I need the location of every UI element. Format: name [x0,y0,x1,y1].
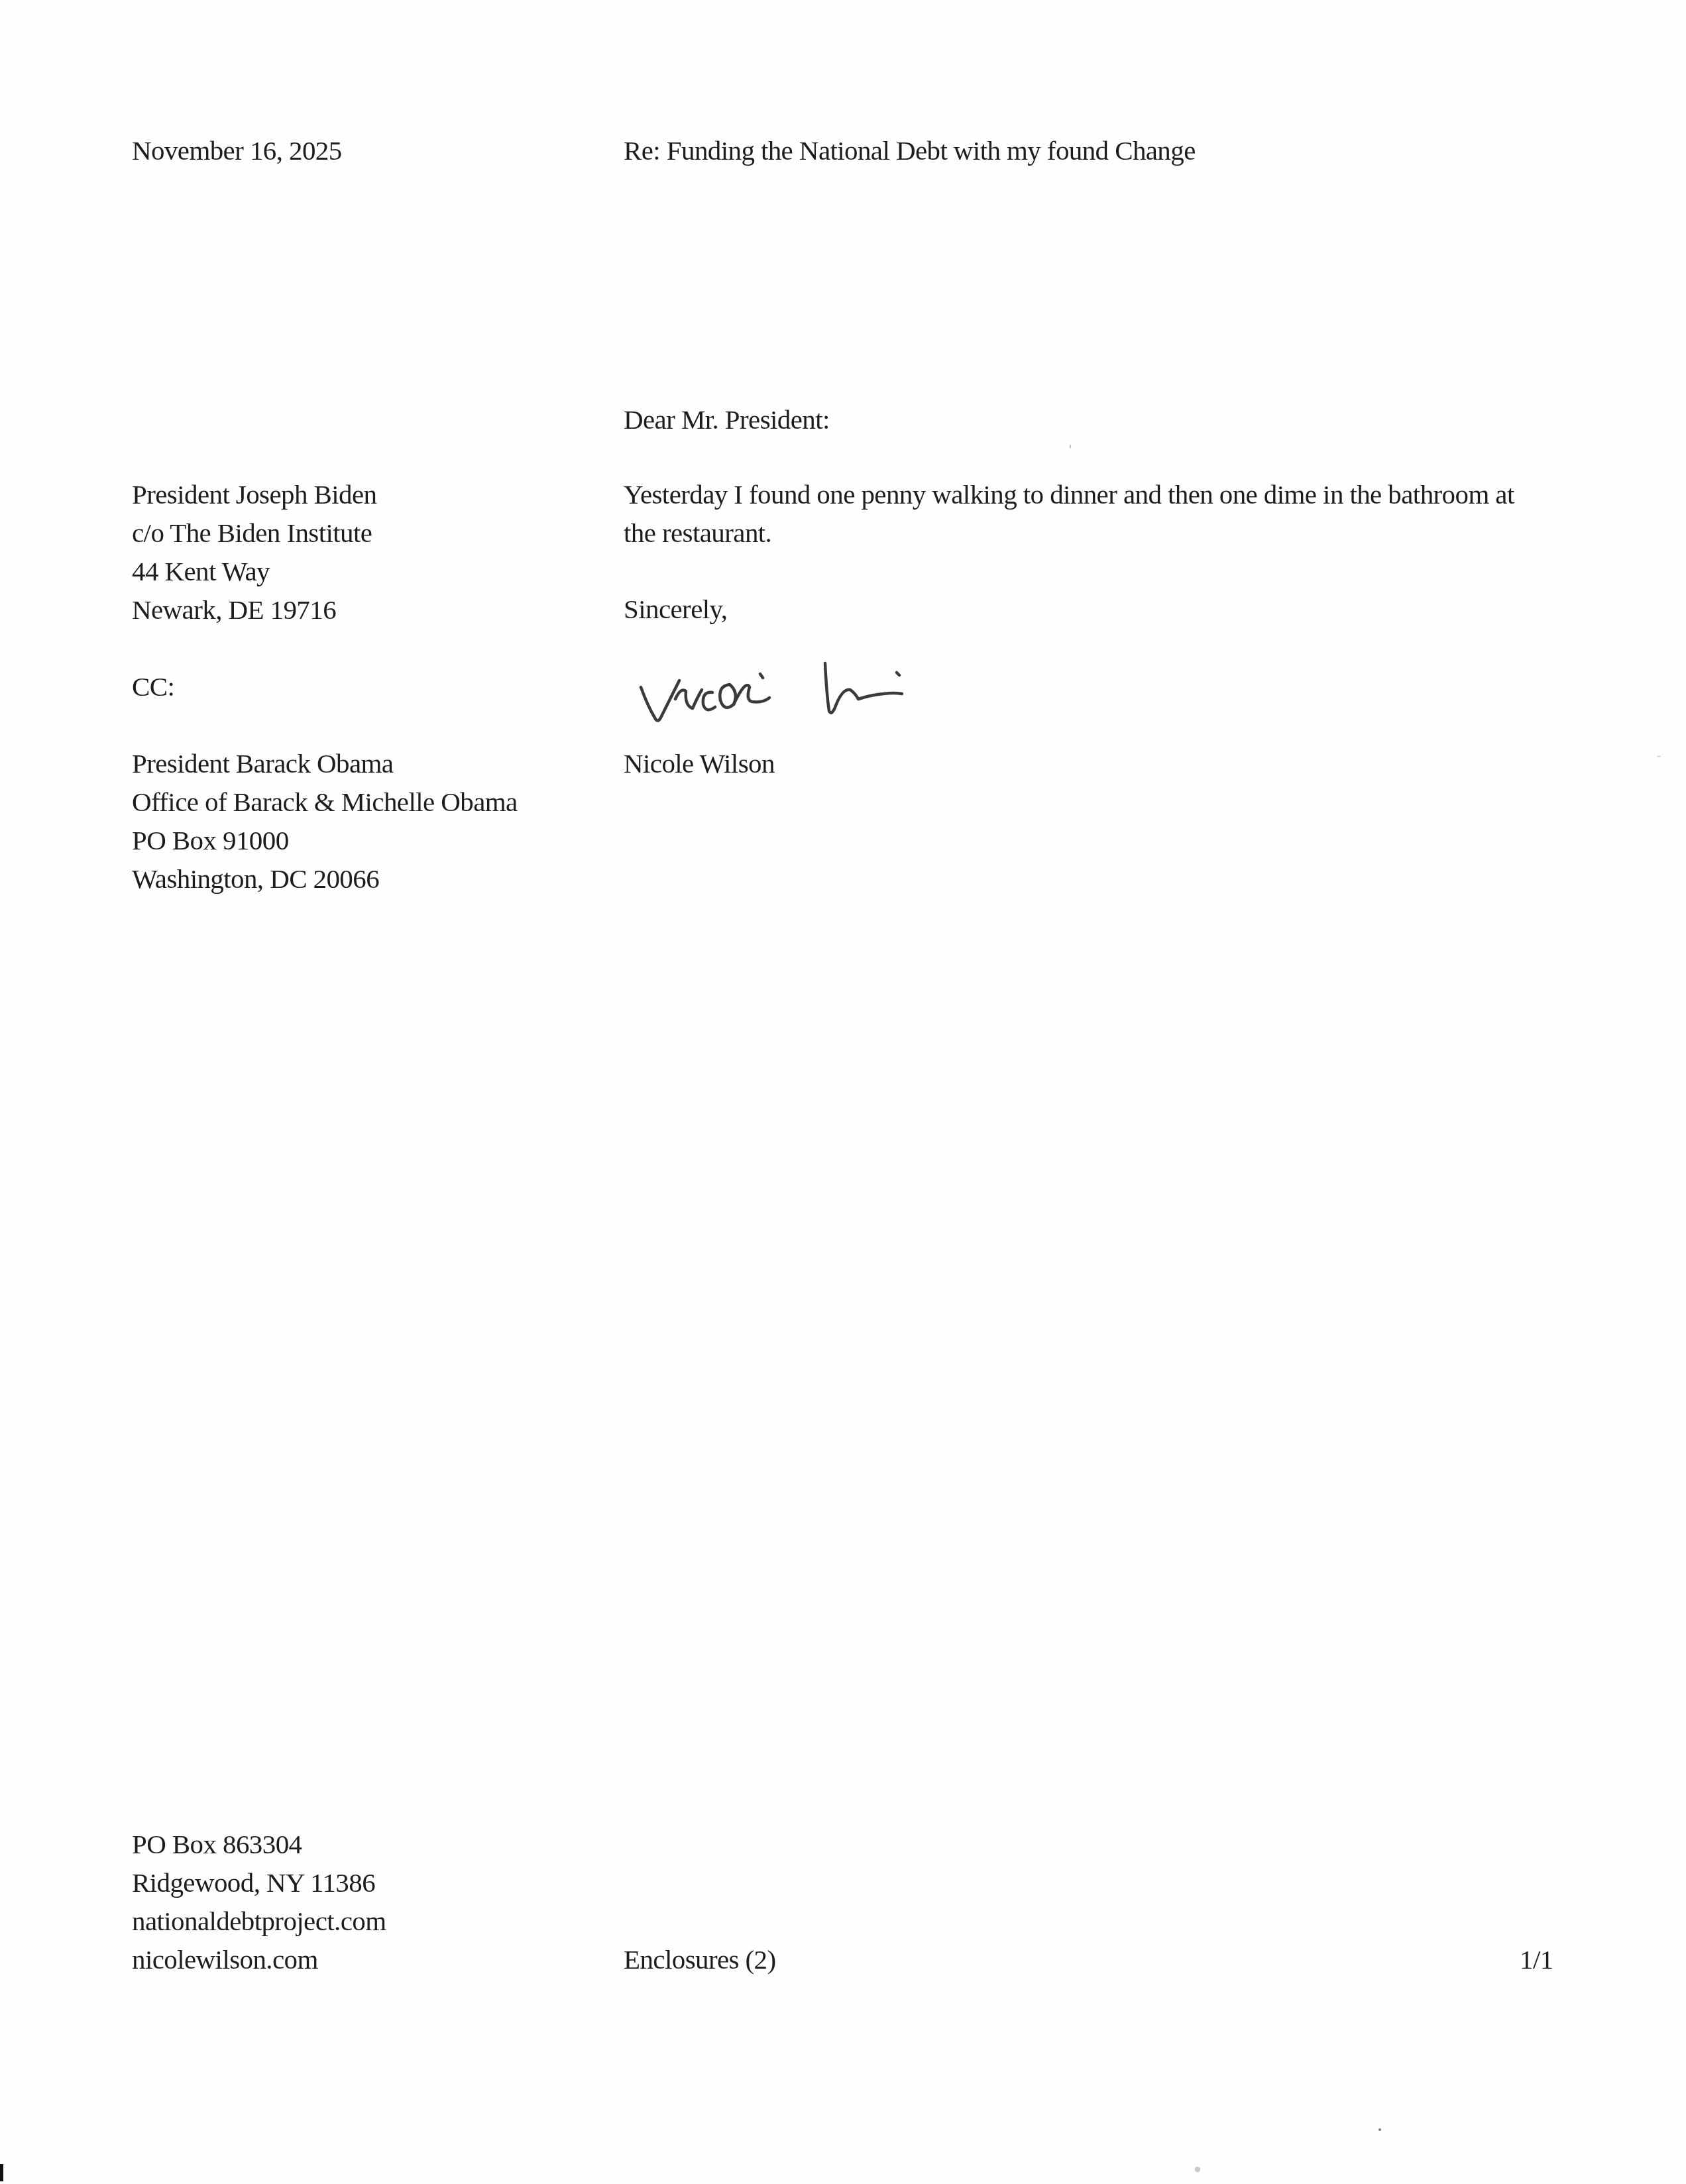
sender-website: nationaldebtproject.com [132,1902,386,1940]
recipient-line: 44 Kent Way [132,552,376,590]
sender-line: Ridgewood, NY 11386 [132,1863,386,1902]
letter-body: Yesterday I found one penny walking to d… [624,475,1545,552]
sender-website: nicolewilson.com [132,1940,386,1979]
scan-speck [1657,755,1661,757]
letter-date: November 16, 2025 [132,131,342,170]
page-number: 1/1 [1520,1940,1553,1979]
enclosures-note: Enclosures (2) [624,1940,776,1979]
cc-line: PO Box 91000 [132,821,518,859]
salutation: Dear Mr. President: [624,400,830,439]
sender-address: PO Box 863304 Ridgewood, NY 11386 nation… [132,1825,386,1979]
cc-line: President Barack Obama [132,744,518,783]
scan-edge-mark [0,2164,3,2181]
cc-label: CC: [132,667,174,706]
handwritten-signature-icon [633,653,951,739]
signer-name: Nicole Wilson [624,744,775,783]
letter-page: November 16, 2025 Re: Funding the Nation… [0,0,1686,2184]
cc-address: President Barack Obama Office of Barack … [132,744,518,898]
recipient-line: Newark, DE 19716 [132,590,376,629]
cc-line: Office of Barack & Michelle Obama [132,783,518,821]
recipient-address: President Joseph Biden c/o The Biden Ins… [132,475,376,629]
cc-line: Washington, DC 20066 [132,859,518,898]
scan-speck [1070,445,1071,449]
scan-speck [1195,2167,1200,2172]
scan-speck [1378,2128,1381,2131]
closing: Sincerely, [624,590,727,628]
letter-subject: Re: Funding the National Debt with my fo… [624,131,1196,170]
recipient-line: President Joseph Biden [132,475,376,514]
sender-line: PO Box 863304 [132,1825,386,1863]
recipient-line: c/o The Biden Institute [132,514,376,552]
